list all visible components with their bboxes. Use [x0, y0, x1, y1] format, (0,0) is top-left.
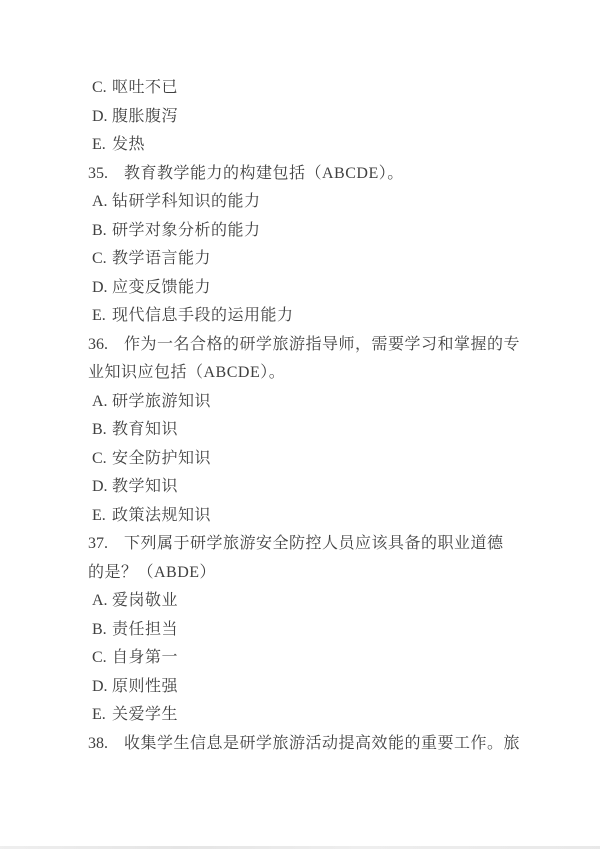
option-text: 研学旅游知识: [112, 393, 211, 410]
option-text: 应变反馈能力: [112, 279, 211, 296]
option-text: 研学对象分析的能力: [112, 222, 261, 239]
option-label: D.: [92, 274, 112, 303]
option-line: A.爱岗敬业: [88, 587, 540, 616]
option-label: C.: [92, 644, 112, 673]
option-text: 发热: [112, 136, 145, 153]
option-label: C.: [92, 74, 112, 103]
option-text: 现代信息手段的运用能力: [112, 307, 294, 324]
question-stem-line: 36.作为一名合格的研学旅游指导师，需要学习和掌握的专: [88, 331, 540, 360]
option-label: B.: [92, 416, 112, 445]
question-number: 36.: [88, 331, 124, 360]
option-label: C.: [92, 245, 112, 274]
option-text: 爱岗敬业: [112, 592, 178, 609]
option-text: 责任担当: [112, 621, 178, 638]
option-text: 政策法规知识: [112, 507, 211, 524]
option-line: D.原则性强: [88, 673, 540, 702]
option-line: B.责任担当: [88, 616, 540, 645]
option-line: C.安全防护知识: [88, 445, 540, 474]
option-text: 呕吐不已: [112, 79, 178, 96]
question-stem-line: 38.收集学生信息是研学旅游活动提高效能的重要工作。旅: [88, 730, 540, 759]
question-stem-continuation: 业知识应包括（ABCDE）。: [88, 359, 540, 388]
question-stem-line: 37.下列属于研学旅游安全防控人员应该具备的职业道德: [88, 530, 540, 559]
option-text: 钻研学科知识的能力: [112, 193, 261, 210]
option-line: A.钻研学科知识的能力: [88, 188, 540, 217]
option-label: A.: [92, 188, 112, 217]
option-text: 教学语言能力: [112, 250, 211, 267]
option-text: 教育知识: [112, 421, 178, 438]
option-line: D.应变反馈能力: [88, 274, 540, 303]
option-label: D.: [92, 673, 112, 702]
option-label: B.: [92, 217, 112, 246]
option-line: B.研学对象分析的能力: [88, 217, 540, 246]
option-label: B.: [92, 616, 112, 645]
exam-text-block: C.呕吐不已 D.腹胀腹泻 E.发热 35.教育教学能力的构建包括（ABCDE）…: [88, 74, 540, 758]
question-stem: 作为一名合格的研学旅游指导师，需要学习和掌握的专: [124, 336, 520, 353]
question-number: 35.: [88, 160, 124, 189]
option-label: A.: [92, 388, 112, 417]
question-stem-continuation: 的是？（ABDE）: [88, 559, 540, 588]
option-line: C.呕吐不已: [88, 74, 540, 103]
option-line: E.现代信息手段的运用能力: [88, 302, 540, 331]
option-text: 原则性强: [112, 678, 178, 695]
option-line: E.政策法规知识: [88, 502, 540, 531]
option-text: 安全防护知识: [112, 450, 211, 467]
option-label: A.: [92, 587, 112, 616]
option-line: C.自身第一: [88, 644, 540, 673]
question-stem: 下列属于研学旅游安全防控人员应该具备的职业道德: [124, 535, 504, 552]
option-label: D.: [92, 103, 112, 132]
option-label: E.: [92, 131, 112, 160]
question-number: 38.: [88, 730, 124, 759]
question-stem: 收集学生信息是研学旅游活动提高效能的重要工作。旅: [124, 735, 520, 752]
question-stem-line: 35.教育教学能力的构建包括（ABCDE）。: [88, 160, 540, 189]
question-stem: 业知识应包括（ABCDE）。: [88, 364, 285, 381]
option-label: E.: [92, 302, 112, 331]
option-text: 腹胀腹泻: [112, 108, 178, 125]
option-line: D.教学知识: [88, 473, 540, 502]
option-line: B.教育知识: [88, 416, 540, 445]
option-text: 自身第一: [112, 649, 178, 666]
option-label: C.: [92, 445, 112, 474]
document-page: C.呕吐不已 D.腹胀腹泻 E.发热 35.教育教学能力的构建包括（ABCDE）…: [0, 0, 600, 849]
option-label: E.: [92, 701, 112, 730]
option-text: 关爱学生: [112, 706, 178, 723]
question-stem: 的是？（ABDE）: [88, 564, 216, 581]
option-label: D.: [92, 473, 112, 502]
option-text: 教学知识: [112, 478, 178, 495]
option-label: E.: [92, 502, 112, 531]
option-line: A.研学旅游知识: [88, 388, 540, 417]
option-line: E.发热: [88, 131, 540, 160]
question-stem: 教育教学能力的构建包括（ABCDE）。: [124, 165, 404, 182]
question-number: 37.: [88, 530, 124, 559]
option-line: E.关爱学生: [88, 701, 540, 730]
option-line: C.教学语言能力: [88, 245, 540, 274]
option-line: D.腹胀腹泻: [88, 103, 540, 132]
